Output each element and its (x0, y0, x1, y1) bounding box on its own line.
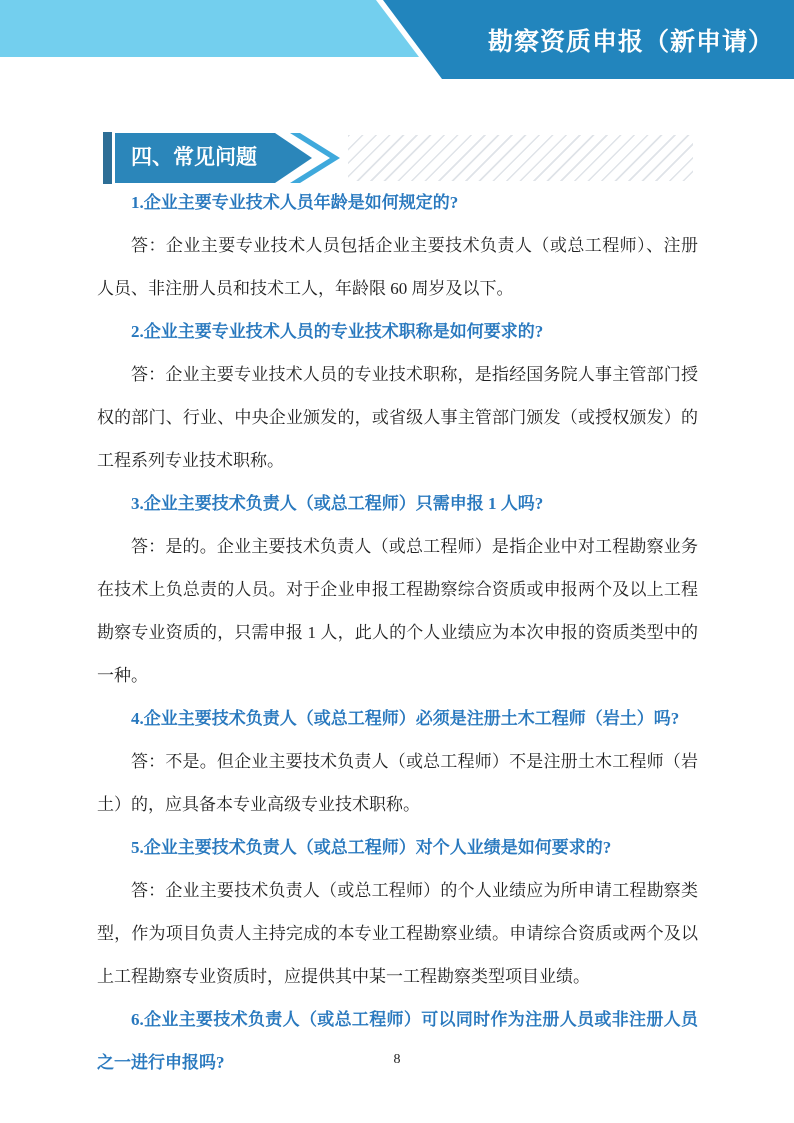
document-page: 勘察资质申报（新申请） 四、常见问题 1.企业主要专业技术人员年龄是如何规定的?… (0, 0, 794, 1123)
qa-content: 1.企业主要专业技术人员年龄是如何规定的? 答：企业主要专业技术人员包括企业主要… (97, 181, 698, 1084)
diagonal-hatch-decoration (348, 135, 693, 181)
answer-paragraph: 答：不是。但企业主要技术负责人（或总工程师）不是注册土木工程师（岩土）的，应具备… (97, 740, 698, 826)
answer-paragraph: 答：是的。企业主要技术负责人（或总工程师）是指企业中对工程勘察业务在技术上负总责… (97, 525, 698, 697)
page-header-title: 勘察资质申报（新申请） (488, 22, 774, 58)
answer-paragraph: 答：企业主要专业技术人员的专业技术职称，是指经国务院人事主管部门授权的部门、行业… (97, 353, 698, 482)
question-paragraph: 5.企业主要技术负责人（或总工程师）对个人业绩是如何要求的? (97, 826, 698, 869)
answer-paragraph: 答：企业主要专业技术人员包括企业主要技术负责人（或总工程师）、注册人员、非注册人… (97, 224, 698, 310)
page-number: 8 (0, 1052, 794, 1068)
question-paragraph: 1.企业主要专业技术人员年龄是如何规定的? (97, 181, 698, 224)
question-paragraph: 2.企业主要专业技术人员的专业技术职称是如何要求的? (97, 310, 698, 353)
answer-paragraph: 答：企业主要技术负责人（或总工程师）的个人业绩应为所申请工程勘察类型，作为项目负… (97, 869, 698, 998)
question-paragraph: 4.企业主要技术负责人（或总工程师）必须是注册土木工程师（岩土）吗? (97, 697, 698, 740)
header-light-band (0, 0, 430, 57)
section-heading: 四、常见问题 (103, 132, 693, 184)
question-paragraph: 6.企业主要技术负责人（或总工程师）可以同时作为注册人员或非注册人员之一进行申报… (97, 998, 698, 1084)
section-title-badge: 四、常见问题 (115, 133, 312, 183)
section-accent-bar (103, 132, 112, 184)
question-paragraph: 3.企业主要技术负责人（或总工程师）只需申报 1 人吗? (97, 482, 698, 525)
